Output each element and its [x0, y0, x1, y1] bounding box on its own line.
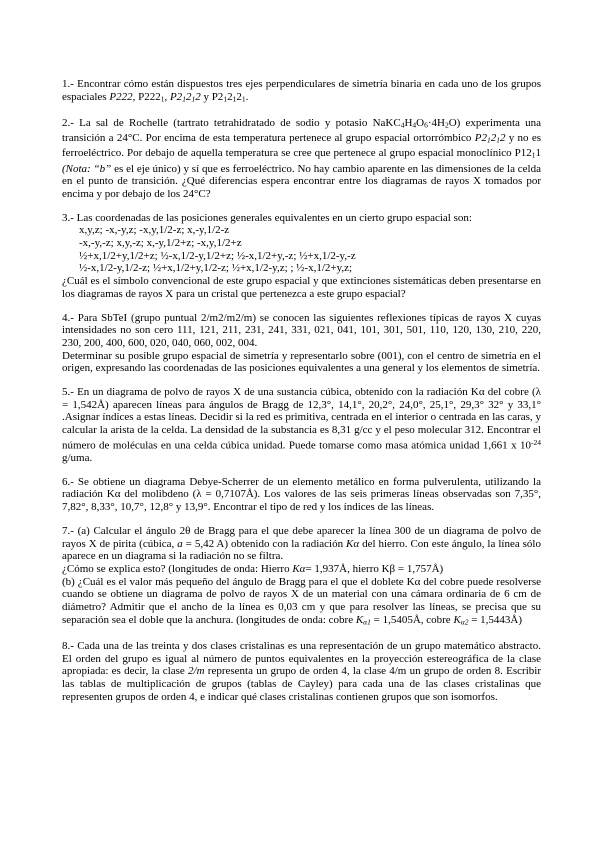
problem-2: 2.- La sal de Rochelle (tartrato tetrahi…: [62, 117, 541, 201]
text-run: = 1,5405Å, cobre: [371, 614, 454, 626]
text-run: es el eje único) y sí que es ferroeléctr…: [62, 163, 541, 200]
paragraph: ¿Cómo se explica esto? (longitudes de on…: [62, 563, 541, 576]
paragraph: ¿Cuál es el símbolo convencional de este…: [62, 275, 541, 300]
text-run: P2: [475, 132, 487, 144]
text-run: ¿Cuál es el símbolo convencional de este…: [62, 275, 541, 300]
problem-8: 8.- Cada una de las treinta y dos clases…: [62, 640, 541, 704]
problem-7: 7.- (a) Calcular el ángulo 2θ de Bragg p…: [62, 525, 541, 629]
text-run: 4.- Para SbTeI (grupo puntual 2/m2/m2/m)…: [62, 312, 541, 349]
paragraph: 4.- Para SbTeI (grupo puntual 2/m2/m2/m)…: [62, 312, 541, 350]
paragraph: x,y,z; -x,-y,z; -x,y,1/2-z; x,-y,1/2-z: [62, 224, 541, 237]
text-run: P222,: [109, 91, 135, 103]
paragraph: 5.- En un diagrama de polvo de rayos X d…: [62, 386, 541, 465]
text-run: = 1,5443Å): [468, 614, 522, 626]
text-run: x,y,z; -x,-y,z; -x,y,1/2-z; x,-y,1/2-z: [79, 224, 229, 236]
paragraph: 2.- La sal de Rochelle (tartrato tetrahi…: [62, 117, 541, 201]
paragraph: -x,-y,-z; x,y,-z; x,-y,1/2+z; -x,y,1/2+z: [62, 237, 541, 250]
text-run: Determinar su posible grupo espacial de …: [62, 350, 541, 375]
text-run: y P2: [201, 91, 224, 103]
problem-6: 6.- Se obtiene un diagrama Debye-Scherre…: [62, 476, 541, 514]
text-run: -x,-y,-z; x,y,-z; x,-y,1/2+z; -x,y,1/2+z: [79, 237, 242, 249]
text-run: P2: [170, 91, 182, 103]
text-run: 1: [536, 147, 542, 159]
paragraph: Determinar su posible grupo espacial de …: [62, 350, 541, 375]
text-run: P222: [135, 91, 160, 103]
text-run: .: [246, 91, 249, 103]
text-run: 2/m: [188, 665, 205, 677]
paragraph: (b) ¿Cuál es el valor más pequeño del án…: [62, 576, 541, 629]
text-run: Kα: [292, 563, 305, 575]
paragraph: 3.- Las coordenadas de las posiciones ge…: [62, 212, 541, 225]
text-run: ½-x,1/2-y,1/2-z; ½+x,1/2+y,1/2-z; ½+x,1/…: [79, 262, 352, 274]
paragraph: 1.- Encontrar cómo están dispuestos tres…: [62, 78, 541, 106]
paragraph: 8.- Cada una de las treinta y dos clases…: [62, 640, 541, 704]
problem-1: 1.- Encontrar cómo están dispuestos tres…: [62, 78, 541, 106]
paragraph: 7.- (a) Calcular el ángulo 2θ de Bragg p…: [62, 525, 541, 563]
paragraph: 6.- Se obtiene un diagrama Debye-Scherre…: [62, 476, 541, 514]
text-run: 5.- En un diagrama de polvo de rayos X d…: [62, 386, 541, 451]
problem-4: 4.- Para SbTeI (grupo puntual 2/m2/m2/m)…: [62, 312, 541, 376]
text-run: K: [453, 614, 460, 626]
text-run: (Nota: “b”: [62, 163, 111, 175]
paragraph: ½-x,1/2-y,1/2-z; ½+x,1/2+y,1/2-z; ½+x,1/…: [62, 262, 541, 275]
text-run: 2.- La sal de Rochelle (tartrato tetrahi…: [62, 117, 401, 129]
text-run: O: [416, 117, 424, 129]
text-run: = 5,42 A) obtenido con la radiación: [183, 538, 346, 550]
text-run: -24: [531, 438, 541, 447]
text-run: = 1,937Å, hierro Kβ = 1,757Å): [305, 563, 443, 575]
problem-5: 5.- En un diagrama de polvo de rayos X d…: [62, 386, 541, 465]
text-run: g/uma.: [62, 452, 92, 464]
text-run: ½+x,1/2+y,1/2+z; ½-x,1/2-y,1/2+z; ½-x,1/…: [79, 250, 356, 262]
document-page: 1.- Encontrar cómo están dispuestos tres…: [0, 0, 599, 848]
paragraph: ½+x,1/2+y,1/2+z; ½-x,1/2-y,1/2+z; ½-x,1/…: [62, 250, 541, 263]
document-body: 1.- Encontrar cómo están dispuestos tres…: [62, 78, 541, 704]
text-run: Kα: [346, 538, 359, 550]
text-run: ·4H: [428, 117, 445, 129]
problem-3: 3.- Las coordenadas de las posiciones ge…: [62, 212, 541, 301]
text-run: 6.- Se obtiene un diagrama Debye-Scherre…: [62, 476, 541, 513]
text-run: ¿Cómo se explica esto? (longitudes de on…: [62, 563, 292, 575]
text-run: α1: [363, 617, 371, 626]
text-run: 3.- Las coordenadas de las posiciones ge…: [62, 212, 472, 224]
